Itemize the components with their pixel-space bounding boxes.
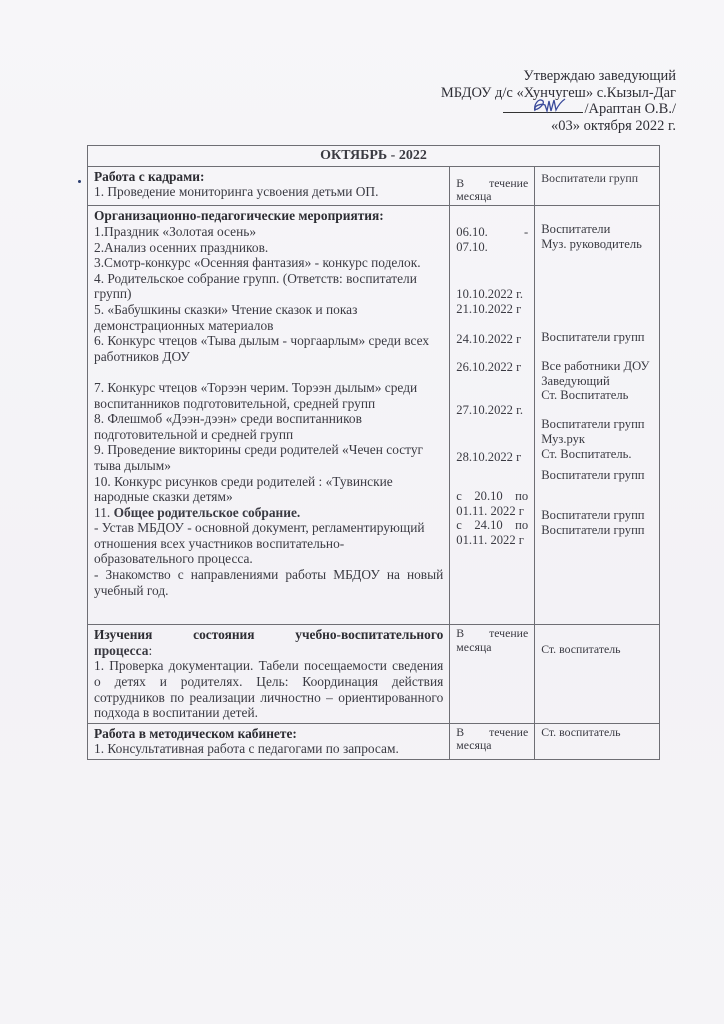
section-responsible: Ст. воспитатель	[535, 625, 660, 724]
section-responsible: Воспитатели Муз. руководитель Воспитател…	[535, 206, 660, 625]
activity-item: 1. Проведение мониторинга усвоения детьм…	[94, 184, 443, 203]
activity-item: 11. Общее родительское собрание.	[94, 505, 443, 521]
section-title: Организационно-педагогические мероприяти…	[94, 208, 443, 224]
approval-title: Утверждаю заведующий	[441, 68, 676, 85]
date-value: 24.10.2022 г	[456, 332, 528, 347]
activity-subitem: - Устав МБДОУ - основной документ, регла…	[94, 520, 443, 567]
responsible-item: Воспитатели групп	[541, 523, 653, 538]
signature-line	[503, 101, 583, 113]
approval-block: Утверждаю заведующий МБДОУ д/с «Хунчугеш…	[441, 68, 676, 134]
responsible-item: Воспитатели групп	[541, 172, 653, 185]
section-activities: Изучения состояния учебно-воспитательног…	[88, 625, 450, 724]
activity-item: 7. Конкурс чтецов «Торээн черим. Торээн …	[94, 380, 443, 411]
responsible-item: Ст. Воспитатель	[541, 388, 653, 403]
date-value: 10.10.2022 г.	[456, 287, 528, 302]
title-word: состояния	[193, 627, 254, 643]
when-word: месяца	[456, 641, 528, 654]
activity-item: 10. Конкурс рисунков среди родителей : «…	[94, 474, 443, 505]
activity-item: 5. «Бабушкины сказки» Чтение сказок и по…	[94, 302, 443, 333]
responsible-item: Воспитатели групп	[541, 508, 653, 523]
date-value: 01.11. 2022 г	[456, 504, 528, 519]
approval-date: «03» октября 2022 г.	[441, 118, 676, 135]
when-word: В	[456, 177, 464, 190]
section-responsible: Ст. воспитатель	[535, 723, 660, 759]
date-value: 07.10.	[456, 240, 528, 255]
table-row: Изучения состояния учебно-воспитательног…	[88, 625, 660, 724]
section-title: Работа в методическом кабинете:	[94, 726, 443, 742]
activity-item: 3.Смотр-конкурс «Осенняя фантазия» - кон…	[94, 255, 443, 271]
item-bold-title: Общее родительское собрание.	[114, 505, 301, 520]
activity-item: 1. Консультативная работа с педагогами п…	[94, 741, 443, 757]
date-value: 20.10	[474, 489, 502, 504]
when-word: В	[456, 726, 464, 739]
section-when: В течение месяца	[450, 625, 535, 724]
date-word: с	[456, 489, 462, 504]
responsible-item: Все работники ДОУ	[541, 359, 653, 374]
section-activities: Работа с кадрами: 1. Проведение монитори…	[88, 166, 450, 206]
section-title: Работа с кадрами:	[94, 169, 443, 185]
responsible-item: Воспитатели групп	[541, 417, 653, 432]
responsible-item: Заведующий	[541, 374, 653, 389]
activity-item: 4. Родительское собрание групп. (Ответст…	[94, 271, 443, 302]
signature-icon	[531, 95, 567, 115]
responsible-item: Воспитатели групп	[541, 330, 653, 345]
approval-signature-row: /Араптан О.В./	[441, 101, 676, 118]
date-range: 06.10. -	[456, 225, 528, 240]
date-value: 27.10.2022 г.	[456, 403, 528, 418]
section-when: В течение месяца	[450, 166, 535, 206]
date-value: 28.10.2022 г	[456, 450, 528, 465]
section-activities: Работа в методическом кабинете: 1. Консу…	[88, 723, 450, 759]
when-word: течение	[489, 177, 528, 190]
when-word: В	[456, 627, 464, 640]
responsible-item: Ст. воспитатель	[541, 643, 653, 656]
section-title-cont: процесса:	[94, 643, 443, 659]
approval-signatory: /Араптан О.В./	[584, 101, 676, 117]
date-value: 24.10	[474, 518, 502, 533]
when-line: В течение	[456, 627, 528, 640]
responsible-item: Муз. руководитель	[541, 237, 653, 252]
responsible-item: Воспитатели	[541, 222, 653, 237]
when-line: В течение	[456, 726, 528, 739]
responsible-item: Воспитатели групп	[541, 468, 653, 483]
activity-item: 1. Проверка документации. Табели посещае…	[94, 658, 443, 720]
when-word: месяца	[456, 739, 528, 752]
when-word: течение	[489, 627, 528, 640]
table-row: Организационно-педагогические мероприяти…	[88, 206, 660, 625]
date-word: по	[515, 489, 528, 504]
stray-mark	[78, 180, 81, 183]
title-word: учебно-воспитательного	[295, 627, 443, 643]
table-row: Работа в методическом кабинете: 1. Консу…	[88, 723, 660, 759]
when-line: В течение	[456, 177, 528, 190]
responsible-item: Муз.рук	[541, 432, 653, 447]
month-header: ОКТЯБРЬ - 2022	[88, 146, 660, 167]
when-word: течение	[489, 726, 528, 739]
section-responsible: Воспитатели групп	[535, 166, 660, 206]
date-value: 01.11. 2022 г	[456, 533, 528, 548]
date-value: 26.10.2022 г	[456, 360, 528, 375]
plan-table: ОКТЯБРЬ - 2022 Работа с кадрами: 1. Пров…	[87, 145, 660, 760]
month-header-row: ОКТЯБРЬ - 2022	[88, 146, 660, 167]
item-number: 11.	[94, 505, 114, 520]
date-range: с 20.10 по	[456, 489, 528, 504]
activity-item: 9. Проведение викторины среди родителей …	[94, 442, 443, 473]
date-word: с	[456, 518, 462, 533]
activity-item: 8. Флешмоб «Дээн-дээн» среди воспитанник…	[94, 411, 443, 442]
title-colon: :	[148, 643, 152, 658]
section-title: Изучения состояния учебно-воспитательног…	[94, 627, 443, 643]
date-value: 06.10.	[456, 225, 487, 240]
section-activities: Организационно-педагогические мероприяти…	[88, 206, 450, 625]
title-word: процесса	[94, 643, 148, 658]
date-range: с 24.10 по	[456, 518, 528, 533]
title-word: Изучения	[94, 627, 152, 643]
section-when: В течение месяца	[450, 723, 535, 759]
when-word: месяца	[456, 190, 528, 203]
activity-item: 1.Праздник «Золотая осень»	[94, 224, 443, 240]
responsible-item: Ст. Воспитатель.	[541, 447, 653, 462]
table-row: Работа с кадрами: 1. Проведение монитори…	[88, 166, 660, 206]
date-separator: -	[524, 225, 528, 240]
date-value: 21.10.2022 г	[456, 302, 528, 317]
section-dates: 06.10. - 07.10. 10.10.2022 г. 21.10.2022…	[450, 206, 535, 625]
activity-item: 6. Конкурс чтецов «Тыва дылым - чоргаарл…	[94, 333, 443, 364]
responsible-item: Ст. воспитатель	[541, 726, 653, 739]
date-word: по	[515, 518, 528, 533]
activity-item: 2.Анализ осенних праздников.	[94, 240, 443, 256]
activity-subitem: - Знакомство с направлениями работы МБДО…	[94, 567, 443, 598]
